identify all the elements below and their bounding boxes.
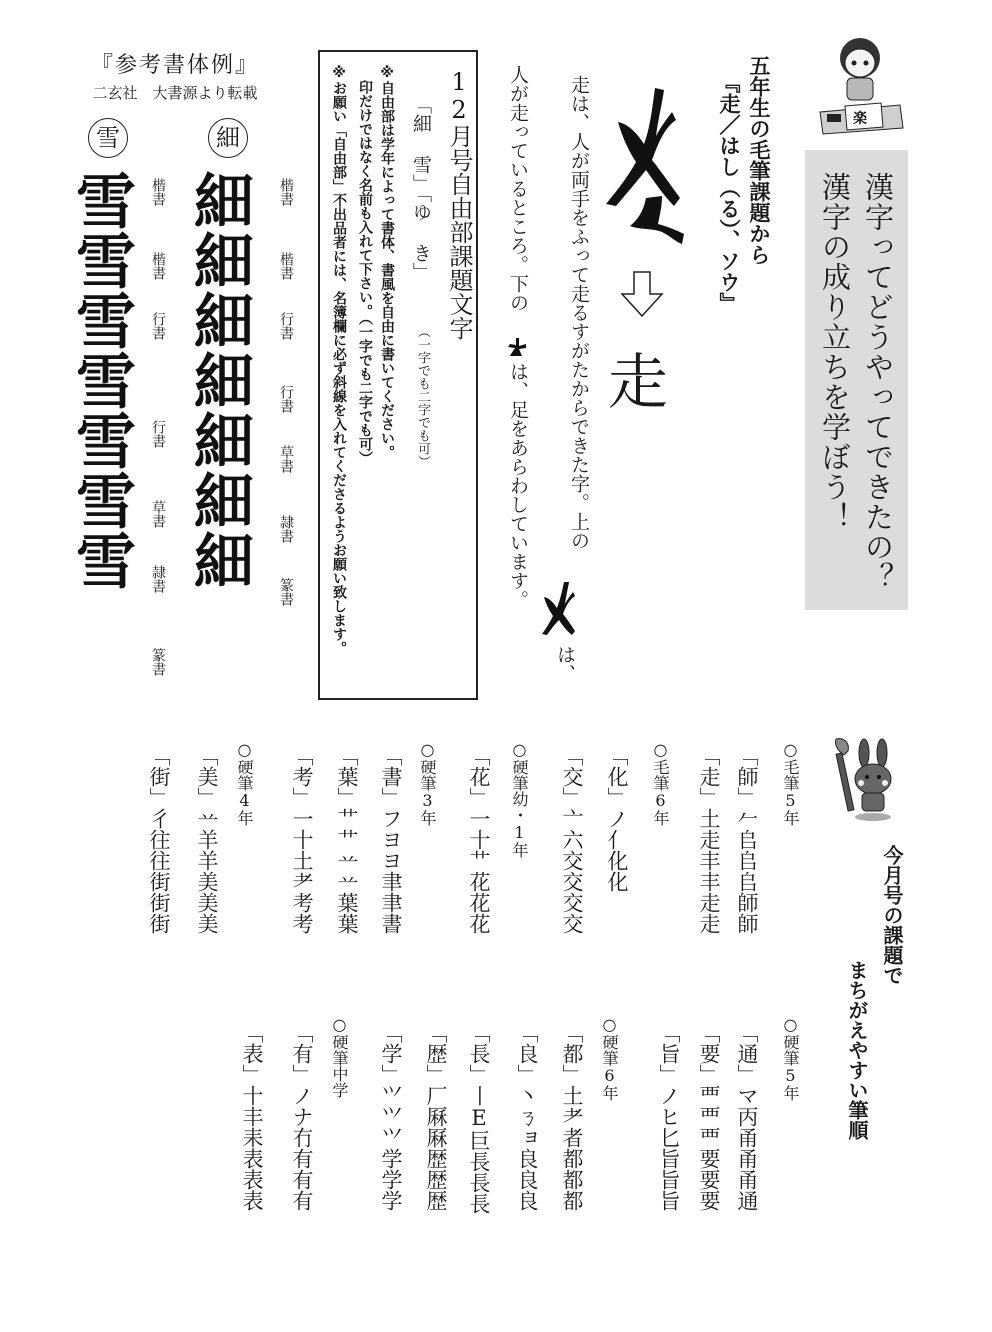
style-label: 楷書 bbox=[150, 252, 166, 280]
stroke-order-column: 「有」ノナ冇有有有 bbox=[283, 1022, 320, 1211]
calligraphy-column-sai: 細細細細細細細 bbox=[180, 170, 258, 590]
style-label: 篆書 bbox=[278, 578, 294, 606]
svg-text:楽: 楽 bbox=[853, 110, 867, 127]
section-label: ○硬筆幼・1年 bbox=[510, 740, 528, 858]
stroke-order-column: 「要」覀覀覀要要要 bbox=[690, 1022, 727, 1211]
style-label: 行書 bbox=[150, 420, 166, 448]
stroke-order-column: 「交」亠六交交交交 bbox=[553, 745, 590, 934]
style-label: 隷書 bbox=[278, 515, 294, 543]
assignment-note-1: ※自由部は学年によって書体、書風を自由に書いてください。 bbox=[378, 65, 396, 459]
girl-calligraphy-illustration: 楽 bbox=[815, 30, 905, 140]
style-label: 草書 bbox=[150, 500, 166, 528]
style-label: 行書 bbox=[278, 385, 294, 413]
circle-char-yuki: 雪 bbox=[88, 118, 128, 158]
stroke-order-column: 「表」十丰耒表表表 bbox=[233, 1022, 270, 1211]
title-line-2: 漢字の成り立ちを学ぼう！ bbox=[815, 172, 855, 532]
modern-char-hashiru: 走 bbox=[608, 335, 668, 421]
style-label: 草書 bbox=[278, 445, 294, 473]
lesson-body-line-2b: は、足をあらわしています。 bbox=[505, 362, 531, 609]
stroke-order-column: 「考」一十土耂考考 bbox=[283, 745, 320, 934]
stroke-section-heading-2: まちがえやすい筆順 bbox=[843, 960, 871, 1140]
stroke-order-column: 「走」土走丰丰走走 bbox=[690, 745, 727, 934]
stroke-order-column: 「書」フヨヨ聿聿書 bbox=[372, 745, 409, 934]
style-label: 楷書 bbox=[150, 178, 166, 206]
section-label: ○硬筆5年 bbox=[781, 1015, 799, 1101]
stroke-order-column: 「通」マ丙甬甬甬通 bbox=[728, 1022, 765, 1211]
stroke-order-column: 「長」丨E巨長長長 bbox=[460, 1022, 497, 1214]
style-label: 行書 bbox=[150, 312, 166, 340]
lesson-body-line-1-tail: は、 bbox=[552, 645, 578, 683]
stroke-order-column: 「葉」艹艹䒑䒑葉葉 bbox=[328, 745, 365, 934]
assignment-note-2: ※お願い「自由部」不出品者には、名簿欄に必ず斜線を入れてくださるようお願い致しま… bbox=[330, 65, 348, 655]
circle-char-sai: 細 bbox=[208, 118, 248, 158]
assignment-title: 12月号自由部課題文字 bbox=[444, 68, 474, 340]
stroke-order-column: 「師」𠂉𠂤𠂤𠂤師師 bbox=[728, 745, 765, 934]
title-line-1: 漢字ってどうやってできたの？ bbox=[858, 172, 898, 592]
section-label: ○毛筆5年 bbox=[781, 740, 799, 826]
section-label: ○硬筆中学 bbox=[330, 1015, 348, 1098]
assignment-chars: 「細 雪」「ゆ き」 bbox=[408, 95, 434, 282]
lesson-body-line-2a: 人が走っているところ。下の bbox=[505, 65, 531, 312]
section-label: ○硬筆6年 bbox=[600, 1015, 618, 1101]
section-label: ○硬筆3年 bbox=[418, 740, 436, 826]
calligraphy-column-yuki: 雪雪雪雪雪雪雪 bbox=[62, 170, 140, 590]
style-label: 楷書 bbox=[278, 252, 294, 280]
stroke-order-column: 「街」彳往往街街街 bbox=[140, 745, 177, 934]
lesson-heading: 五年生の毛筆課題から bbox=[745, 55, 773, 265]
lesson-body-line-1: 走は、人が両手をふって走るすがたからできた字。上の bbox=[566, 75, 592, 550]
lower-glyph-inline bbox=[506, 336, 528, 358]
stroke-section-heading-1: 今月号の課題で bbox=[878, 845, 906, 985]
stroke-order-column: 「花」一十艹花花花 bbox=[460, 745, 497, 934]
style-label: 隷書 bbox=[150, 565, 166, 593]
stroke-order-column: 「美」䒑羊羊美美美 bbox=[188, 745, 225, 934]
section-label: ○毛筆6年 bbox=[651, 740, 669, 826]
stroke-order-column: 「歴」厂厤厤歴歴歴 bbox=[417, 1022, 454, 1211]
ancient-glyph-hashiru bbox=[600, 80, 695, 250]
upper-glyph-inline bbox=[540, 578, 585, 638]
stroke-order-column: 「都」土耂者都都都 bbox=[553, 1022, 590, 1211]
reference-source: 二玄社 大書源より転載 bbox=[60, 82, 290, 103]
stroke-order-column: 「良」丶ㄋョ良良良 bbox=[508, 1022, 545, 1211]
bunny-brush-illustration bbox=[830, 735, 905, 825]
style-label: 楷書 bbox=[278, 178, 294, 206]
assignment-note-1b: 印だけではなく名前も入れて下さい。（一字でも二字でも可） bbox=[356, 80, 374, 465]
down-arrow-icon bbox=[620, 270, 664, 320]
lesson-subject: 『走／はし（る）、ソウ』 bbox=[715, 72, 743, 314]
stroke-order-column: 「化」ノ亻化化 bbox=[598, 745, 635, 892]
reference-title: 『参考書体例』 bbox=[60, 48, 290, 79]
assignment-chars-note: （一字でも二字でも可） bbox=[414, 325, 430, 468]
style-label: 行書 bbox=[278, 312, 294, 340]
stroke-order-column: 「学」⺍⺍⺍学学学 bbox=[372, 1022, 409, 1211]
section-label: ○硬筆4年 bbox=[235, 740, 253, 826]
stroke-order-column: 「旨」ノヒ匕旨旨旨 bbox=[650, 1022, 687, 1211]
style-label: 篆書 bbox=[150, 648, 166, 676]
